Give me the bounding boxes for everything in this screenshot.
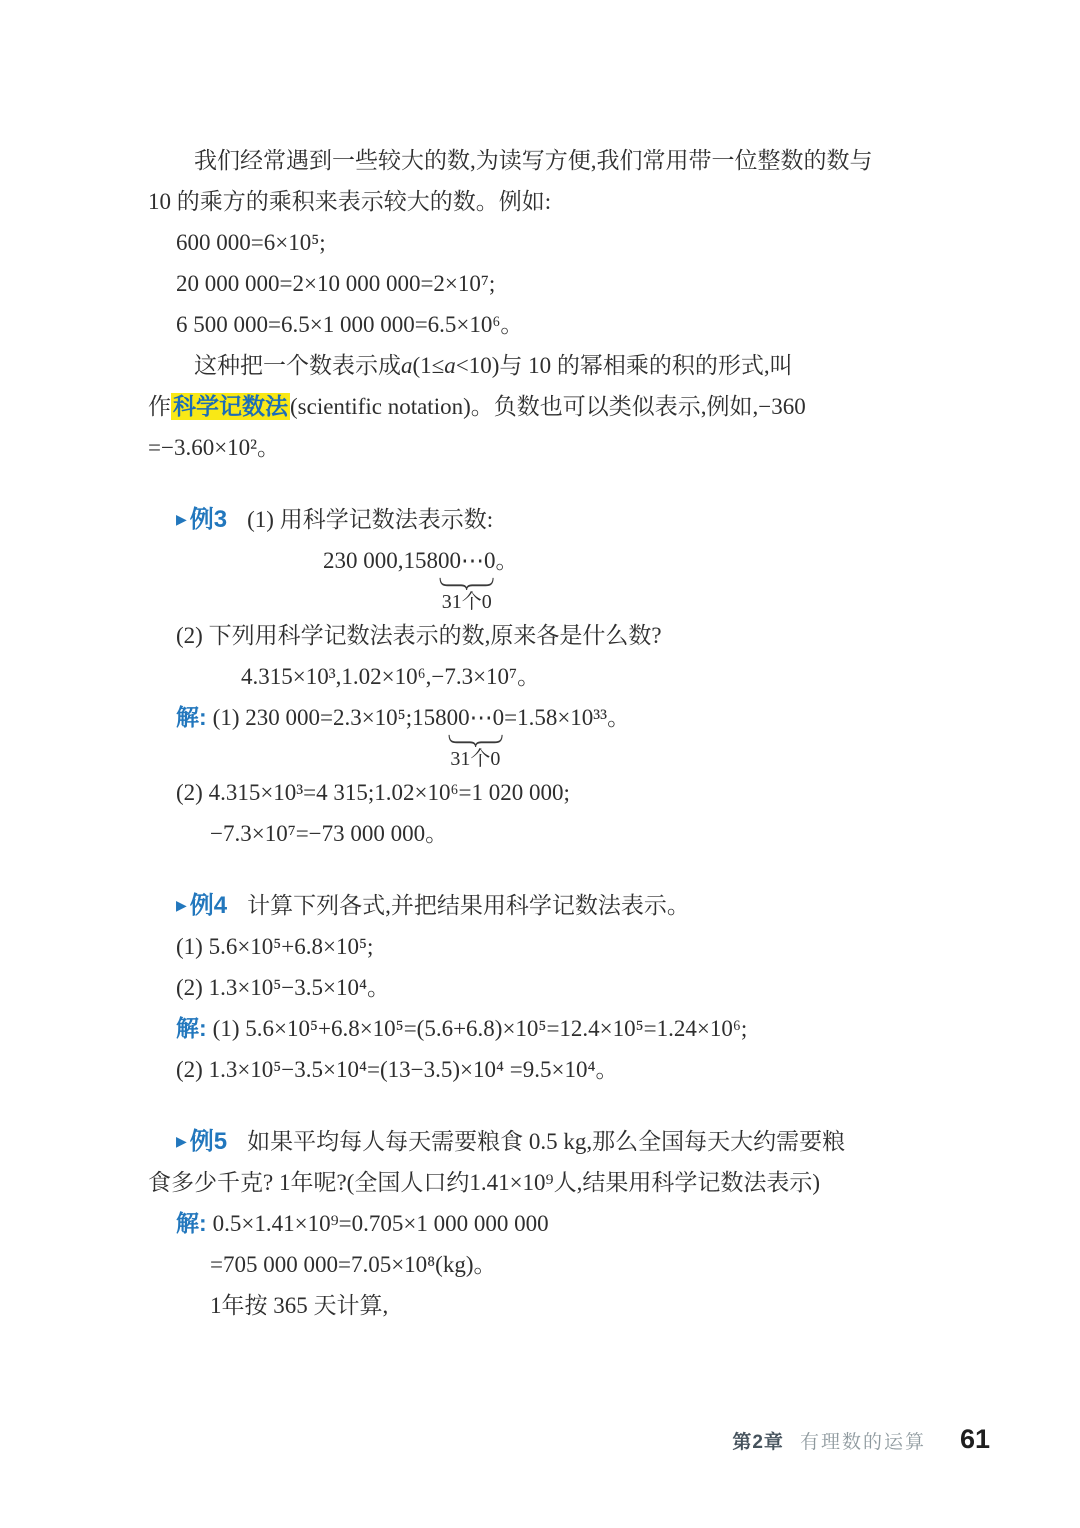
example3-question2: (2) 下列用科学记数法表示的数,原来各是什么数?: [148, 615, 938, 656]
triangle-bullet-icon: ▶: [176, 1133, 187, 1149]
intro-line-2: 10 的乘方的乘积来表示较大的数。例如:: [148, 181, 938, 222]
definition-seg3: <10)与 10 的幂相乘的积的形式,叫: [456, 353, 793, 378]
underbrace-icon: [439, 577, 494, 590]
example4-sol1: (1) 5.6×10⁵+6.8×10⁵=(5.6+6.8)×10⁵=12.4×1…: [213, 1016, 748, 1041]
example3-heading: ▶例3(1) 用科学记数法表示数:: [148, 499, 938, 540]
variable-a: a: [401, 353, 413, 378]
solution-label: 解:: [176, 1210, 207, 1236]
example3-question1: (1) 用科学记数法表示数:: [247, 507, 493, 532]
definition-line-2: 作科学记数法(scientific notation)。负数也可以类似表示,例如…: [148, 386, 938, 427]
definition-line-3: =−3.60×10²。: [148, 427, 938, 468]
example3-solution-line-2: (2) 4.315×10³=4 315;1.02×10⁶=1 020 000;: [148, 772, 938, 813]
page-number: 61: [960, 1424, 990, 1455]
page-footer: 第2章 有理数的运算 61: [732, 1424, 990, 1455]
intro-formula-1: 600 000=6×10⁵;: [148, 222, 938, 263]
example4-heading: ▶例4计算下列各式,并把结果用科学记数法表示。: [148, 885, 938, 926]
example3-numbers-post: 。: [496, 548, 519, 573]
example4-solution-line-1: 解:(1) 5.6×10⁵+6.8×10⁵=(5.6+6.8)×10⁵=12.4…: [148, 1008, 938, 1049]
example3-numbers-pre: 230 000,158: [323, 548, 438, 573]
example5-marker: ▶例5: [176, 1128, 227, 1155]
textbook-page: 我们经常遇到一些较大的数,为读写方便,我们常用带一位整数的数与 10 的乘方的乘…: [0, 0, 1080, 1528]
definition-seg1: 这种把一个数表示成: [194, 353, 401, 378]
example5-line-1: 如果平均每人每天需要粮食 0.5 kg,那么全国每天大约需要粮: [247, 1129, 845, 1154]
example3-braced-zeros: 00⋯031个0: [438, 540, 496, 581]
example5-heading: ▶例5如果平均每人每天需要粮食 0.5 kg,那么全国每天大约需要粮: [148, 1121, 938, 1162]
intro-formula-3: 6 500 000=6.5×1 000 000=6.5×10⁶。: [148, 304, 938, 345]
example3-sol1-pre: (1) 230 000=2.3×10⁵;158: [213, 705, 447, 730]
intro-formula-2: 20 000 000=2×10 000 000=2×10⁷;: [148, 263, 938, 304]
example3-numbers-line: 230 000,15800⋯031个0。: [148, 540, 938, 581]
example4-item-2: (2) 1.3×10⁵−3.5×10⁴。: [148, 967, 938, 1008]
example3-marker: ▶例3: [176, 506, 227, 533]
example3-sol1-braced-zeros: 00⋯031个0: [447, 697, 505, 738]
example5-line-2: 食多少千克? 1年呢?(全国人口约1.41×10⁹人,结果用科学记数法表示): [148, 1162, 938, 1203]
definition-prefix: 作: [148, 394, 171, 419]
definition-suffix: (scientific notation)。负数也可以类似表示,例如,−360: [290, 394, 806, 419]
example4-marker: ▶例4: [176, 892, 227, 919]
triangle-bullet-icon: ▶: [176, 511, 187, 527]
example5-solution-line-3: 1年按 365 天计算,: [148, 1285, 938, 1326]
example4-solution-line-2: (2) 1.3×10⁵−3.5×10⁴=(13−3.5)×10⁴ =9.5×10…: [148, 1049, 938, 1090]
solution-label: 解:: [176, 704, 207, 730]
example4-item-1: (1) 5.6×10⁵+6.8×10⁵;: [148, 926, 938, 967]
underbrace-icon: [448, 734, 503, 747]
zero-count-label: 31个0: [442, 590, 492, 614]
definition-seg2: (1≤: [413, 353, 445, 378]
example5-sol1: 0.5×1.41×10⁹=0.705×1 000 000 000: [213, 1211, 549, 1236]
chapter-label: 第2章: [732, 1427, 784, 1454]
example3-question2-numbers: 4.315×10³,1.02×10⁶,−7.3×10⁷。: [148, 656, 938, 697]
triangle-bullet-icon: ▶: [176, 897, 187, 913]
definition-line-1: 这种把一个数表示成a(1≤a<10)与 10 的幂相乘的积的形式,叫: [148, 345, 938, 386]
intro-line-1: 我们经常遇到一些较大的数,为读写方便,我们常用带一位整数的数与: [148, 140, 938, 181]
zero-count-label: 31个0: [450, 747, 500, 771]
example3-solution-line-1: 解:(1) 230 000=2.3×10⁵;15800⋯031个0=1.58×1…: [148, 697, 938, 738]
example3-sol1-post: =1.58×10³³。: [504, 705, 630, 730]
example5-solution-line-1: 解:0.5×1.41×10⁹=0.705×1 000 000 000: [148, 1203, 938, 1244]
example5-solution-line-2: =705 000 000=7.05×10⁸(kg)。: [148, 1244, 938, 1285]
example4-intro: 计算下列各式,并把结果用科学记数法表示。: [247, 893, 690, 918]
example3-solution-line-3: −7.3×10⁷=−73 000 000。: [148, 813, 938, 854]
page-content: 我们经常遇到一些较大的数,为读写方便,我们常用带一位整数的数与 10 的乘方的乘…: [148, 140, 938, 1326]
highlighted-term: 科学记数法: [171, 393, 290, 420]
solution-label: 解:: [176, 1015, 207, 1041]
variable-a: a: [444, 353, 456, 378]
chapter-title: 有理数的运算: [800, 1427, 926, 1454]
